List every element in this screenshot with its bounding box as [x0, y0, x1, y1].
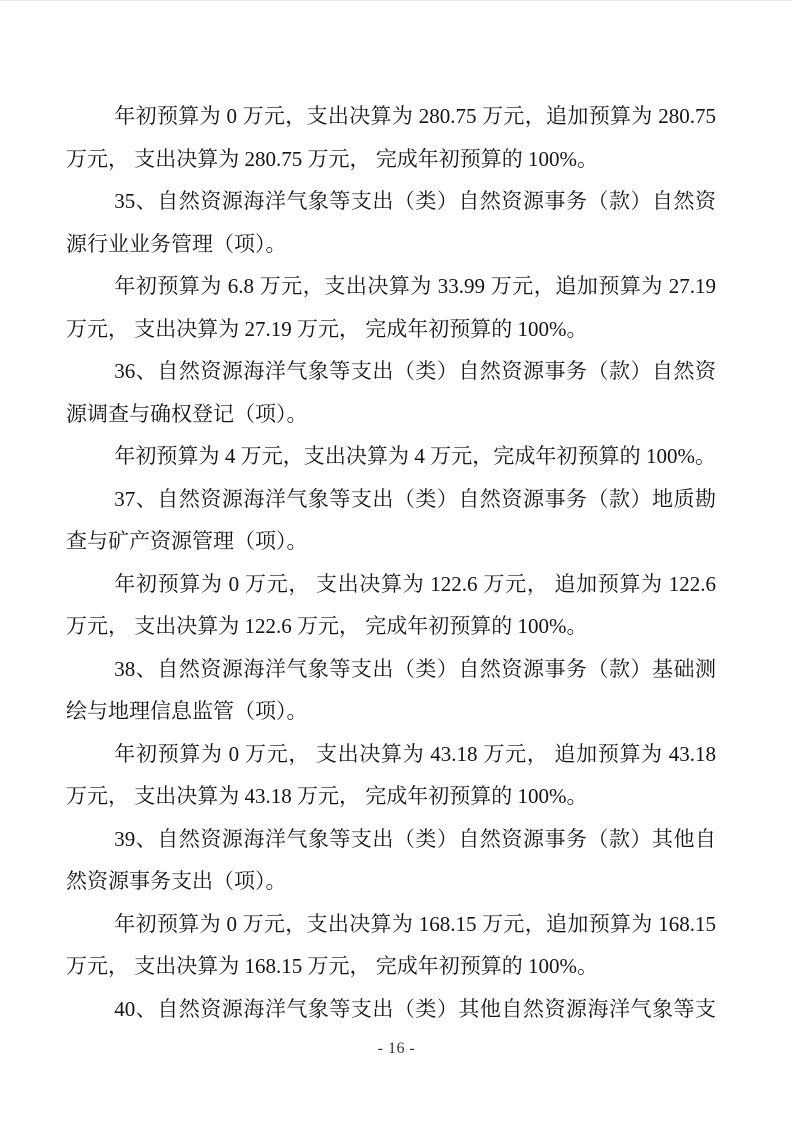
document-page: 年初预算为 0 万元，支出决算为 280.75 万元，追加预算为 280.75万… — [0, 0, 793, 1122]
paragraph-start-line: 年初预算为 0 万元，支出决算为 168.15 万元，追加预算为 168.15 — [66, 903, 716, 946]
paragraph-start-line: 40、自然资源海洋气象等支出（类）其他自然资源海洋气象等支 — [66, 988, 716, 1031]
paragraph-end-line: 源行业业务管理（项）。 — [66, 223, 716, 266]
paragraph-start-line: 年初预算为 0 万元， 支出决算为 43.18 万元， 追加预算为 43.18 — [66, 733, 716, 776]
paragraph-start-line: 35、自然资源海洋气象等支出（类）自然资源事务（款）自然资 — [66, 180, 716, 223]
paragraph-start-line: 年初预算为 0 万元，支出决算为 280.75 万元，追加预算为 280.75 — [66, 95, 716, 138]
paragraph-end-line: 万元， 支出决算为 43.18 万元， 完成年初预算的 100%。 — [66, 775, 716, 818]
paragraph-start-line: 38、自然资源海洋气象等支出（类）自然资源事务（款）基础测 — [66, 648, 716, 691]
paragraph-start-line: 39、自然资源海洋气象等支出（类）自然资源事务（款）其他自 — [66, 818, 716, 861]
paragraph-end-line: 万元， 支出决算为 122.6 万元， 完成年初预算的 100%。 — [66, 605, 716, 648]
paragraph-end-line: 万元， 支出决算为 27.19 万元， 完成年初预算的 100%。 — [66, 308, 716, 351]
page-footer: - 16 - — [0, 1039, 793, 1059]
paragraph-start-line: 年初预算为 0 万元， 支出决算为 122.6 万元， 追加预算为 122.6 — [66, 563, 716, 606]
paragraph-end-line: 查与矿产资源管理（项）。 — [66, 520, 716, 563]
page-number: - 16 - — [378, 1040, 416, 1057]
paragraph-start-line: 37、自然资源海洋气象等支出（类）自然资源事务（款）地质勘 — [66, 478, 716, 521]
paragraph-end-line: 源调查与确权登记（项）。 — [66, 393, 716, 436]
document-body: 年初预算为 0 万元，支出决算为 280.75 万元，追加预算为 280.75万… — [0, 1, 793, 1030]
paragraph-start-line: 年初预算为 6.8 万元，支出决算为 33.99 万元，追加预算为 27.19 — [66, 265, 716, 308]
paragraph-start-line: 年初预算为 4 万元，支出决算为 4 万元，完成年初预算的 100%。 — [66, 435, 716, 478]
paragraph-end-line: 绘与地理信息监管（项）。 — [66, 690, 716, 733]
paragraph-end-line: 然资源事务支出（项）。 — [66, 860, 716, 903]
paragraph-start-line: 36、自然资源海洋气象等支出（类）自然资源事务（款）自然资 — [66, 350, 716, 393]
paragraph-end-line: 万元， 支出决算为 280.75 万元， 完成年初预算的 100%。 — [66, 138, 716, 181]
paragraph-end-line: 万元， 支出决算为 168.15 万元， 完成年初预算的 100%。 — [66, 945, 716, 988]
